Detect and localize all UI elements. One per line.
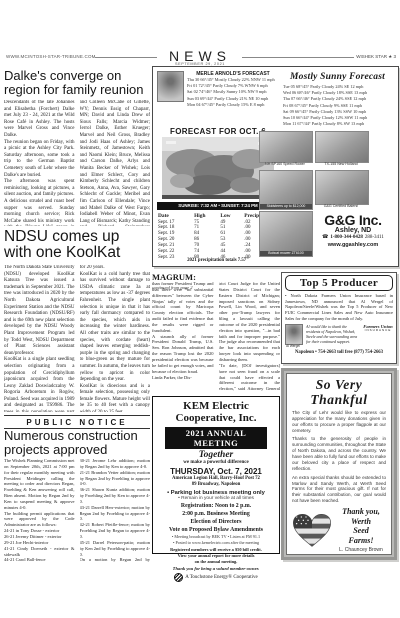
- thankful-paragraph-2: Thanks to the generosity of people in su…: [292, 436, 386, 472]
- equipment-photo-speedrower: [259, 131, 313, 163]
- newspaper-page: WWW.MCINTOSH-STAR-TRIBUNE.COM NEWS SEPTE…: [0, 0, 400, 618]
- kem-credit-note: Registered members will receive a $50 bi…: [157, 547, 275, 564]
- construction-column-2: 30-21 Jerome Lehr addition; motion by Re…: [80, 458, 151, 562]
- kem-bylaw-vote: Vote on Proposed Bylaw Amendments: [157, 527, 275, 535]
- kem-venue-2: 89 Broadway, Napoleon: [157, 482, 275, 488]
- ndsu-headline: NDSU comes up with one KoolKat: [4, 229, 150, 262]
- farmers-union-logo: Farmers Union INSURANCE: [363, 324, 393, 332]
- kem-title: KEM Electric Cooperative, Inc.: [157, 400, 275, 425]
- construction-headline: Numerous construction projects approved: [4, 429, 150, 457]
- kem-annual-meeting-banner: 2021 ANNUAL MEETING: [165, 427, 267, 449]
- photo-caption: TX-155 New Holland: [315, 162, 367, 166]
- heart-flag-icon: [292, 513, 332, 554]
- equipment-photo-tractor: [315, 131, 369, 163]
- mostly-sunny-title: Mostly Sunny Forecast: [281, 72, 394, 82]
- forecast-line: Mon 04 67°/45° Partly Cloudy 15% E 8 mph: [157, 102, 279, 108]
- magrum-column-2: trict Court Judge for the United States …: [219, 281, 281, 391]
- construction-column-2-text: 30-21 Jerome Lehr addition; motion by Re…: [80, 458, 151, 562]
- gg-photo-grid: NH SP160 Speed Rower Skidsteers up to $1…: [257, 131, 394, 262]
- top5-body: • North Dakota Farmers Union Insurance b…: [285, 293, 393, 322]
- touchstone-energy-icon: [174, 573, 183, 582]
- kem-electric-ad: KEM Electric Cooperative, Inc. 2021 ANNU…: [152, 396, 280, 554]
- kem-tagline: Together: [157, 451, 275, 461]
- top5-phone-line: Napoleon • 754-2663 toll free (877) 754-…: [285, 350, 393, 355]
- agent-photo-block: Al Wergel: [285, 324, 303, 349]
- gg-phone-local: 288-3411: [365, 235, 384, 241]
- kem-tagline-2: we make a powerful difference: [157, 460, 275, 465]
- construction-body: The Wishek Planning Commission met on Se…: [4, 458, 150, 562]
- kem-note-1: • Meeting broadcast by BEK TV • Listen a…: [157, 534, 275, 539]
- photo-caption: NH SP160 Speed Rower: [259, 162, 311, 166]
- top5-title: Top 5 Producer: [285, 275, 393, 291]
- agent-photo-caption: Al Wergel: [285, 345, 301, 349]
- magrum-column-1: than former President Trump and that the…: [152, 281, 214, 391]
- weather-gg-ad: MERLE ARNOLD'S FORECAST Thu 30 66°/45° M…: [152, 66, 399, 267]
- kem-bullet-2: • Remain in your vehicle at all times: [157, 496, 275, 501]
- ndsu-body: The North Dakota State University (NDSU)…: [4, 265, 150, 412]
- kem-date: THURSDAY, Oct. 7, 2021: [157, 467, 275, 476]
- agent-photo: [285, 324, 303, 345]
- equipment-photo-skidsteer: Skidsteers up to $12,000: [259, 170, 313, 210]
- equipment-photo-mower: Bobcat mower ZT6100: [259, 211, 313, 257]
- gg-logo-block: G&G Inc. Ashley, ND ☎ 1-800-344-0428 288…: [313, 213, 393, 248]
- kem-coop-line: A Touchstone Energy® Cooperative: [185, 575, 258, 580]
- forecast-line: Mon 11 67°/44° Partly Cloudy 8% SW 13 mp…: [283, 121, 394, 127]
- top5-thank-note: Al would like to thank the residents of …: [306, 324, 360, 344]
- mostly-sunny-lines: Tue 05 68°/45° Partly Cloudy 24% SE 12 m…: [283, 84, 394, 128]
- public-notice-label: PUBLIC NOTICE: [4, 415, 150, 429]
- top5-producer-ad: Top 5 Producer • North Dakota Farmers Un…: [281, 272, 397, 364]
- gg-website: www.ggashley.com: [313, 242, 393, 248]
- forecaster-photo: [157, 71, 184, 102]
- kem-thanks: Thank you for being a valued member-owne…: [157, 566, 275, 571]
- thankful-script-note: Thank you, Werth Seed Farms!: [336, 507, 386, 545]
- photo-caption: Skidsteers up to $12,000: [260, 204, 312, 209]
- photo-caption: Bobcat mower ZT6100: [260, 251, 312, 256]
- construction-column-1: The Wishek Planning Commission met on Se…: [4, 458, 75, 562]
- dalke-column-2: and Colleen McCabe of Gillette, WY; Denn…: [80, 100, 151, 226]
- edition-label: WISHEK STAR ★ 3: [336, 54, 396, 60]
- thankful-paragraph-3: An extra special thanks should be extend…: [292, 475, 386, 505]
- gg-name: G&G Inc.: [313, 213, 393, 227]
- forecaster-block: MERLE ARNOLD'S FORECAST Thu 30 66°/45° M…: [157, 71, 279, 108]
- dalke-headline: Dalke's converge on region for family re…: [4, 69, 150, 97]
- magrum-body: than former President Trump and that the…: [152, 281, 280, 391]
- thankful-paragraph-1: The City of Lehr would like to express o…: [292, 410, 386, 434]
- dalke-column-1: Descendants of the late Johannes and Eli…: [4, 100, 75, 226]
- kem-note-2: • Posted to www.kemelectric.com after th…: [157, 540, 275, 545]
- phone-icon: ☎: [322, 235, 328, 241]
- ndsu-column-2: for 20 years. KoolKat is a cold hardy tr…: [80, 265, 151, 412]
- kem-election: Election of Directors: [157, 519, 275, 527]
- farmers-union-insurance: INSURANCE: [363, 329, 393, 332]
- gg-phone-tollfree: 1-800-344-0428: [330, 235, 363, 241]
- dalke-body: Descendants of the late Johannes and Eli…: [4, 100, 150, 226]
- equipment-photo-baler: [315, 170, 369, 205]
- kem-business-meeting: 2:00 p.m. Business Meeting: [157, 511, 275, 519]
- header-rule-left: [95, 57, 157, 58]
- kem-registration: Registration: Noon to 2 p.m.: [157, 503, 275, 511]
- mayor-signature: L. Chauncey Brown Mayor of Lehr: [336, 547, 386, 555]
- thankful-title: So Very Thankful: [292, 378, 386, 408]
- ndsu-column-1: The North Dakota State University (NDSU)…: [4, 265, 75, 412]
- thankful-ad: So Very Thankful The City of Lehr would …: [281, 368, 397, 560]
- photo-caption: G&G Certified Balers!: [315, 204, 367, 208]
